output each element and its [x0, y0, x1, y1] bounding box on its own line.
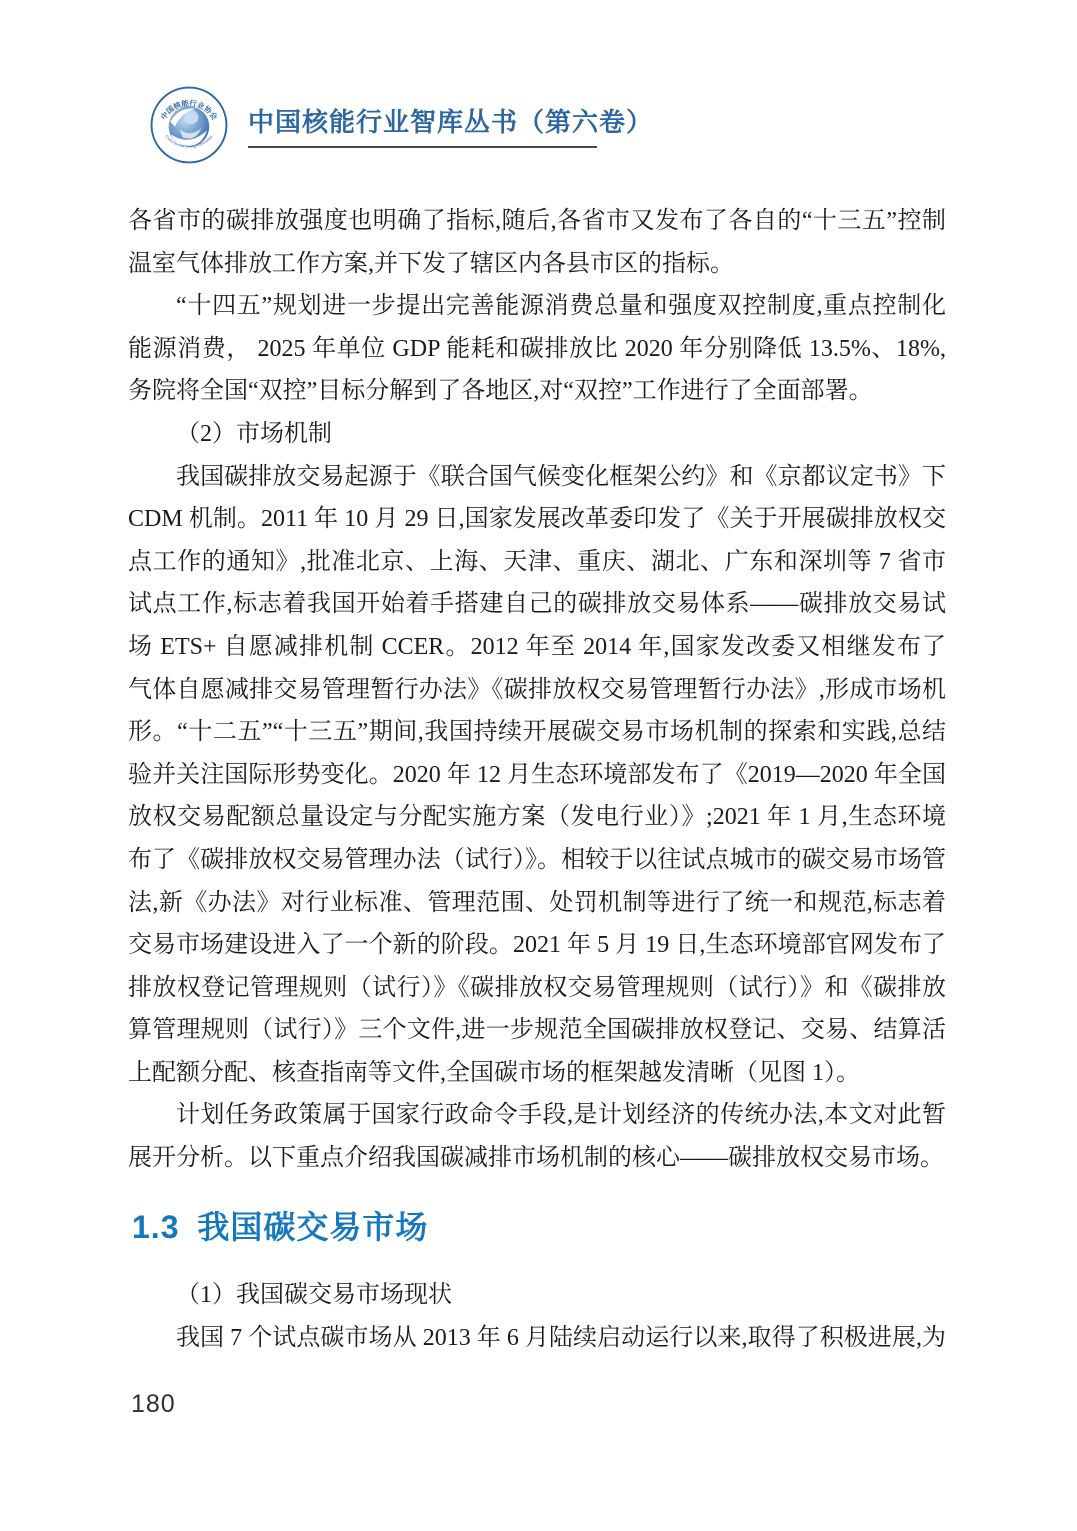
text-line: 展开分析。以下重点介绍我国碳减排市场机制的核心——碳排放权交易市场。 — [128, 1137, 946, 1180]
text-line: （2）市场机制 — [128, 413, 946, 456]
text-line: “十四五”规划进一步提出完善能源消费总量和强度双控制度,重点控制化石 — [128, 285, 946, 328]
text-line: 我国碳排放交易起源于《联合国气候变化框架公约》和《京都议定书》下的 — [128, 456, 946, 499]
body-text-block: 各省市的碳排放强度也明确了指标,随后,各省市又发布了各自的“十三五”控制 温室气… — [128, 200, 946, 1180]
association-logo-icon: 中国核能行业协会 China Nuclear Energy Associatio… — [150, 86, 228, 164]
text-line: 计划任务政策属于国家行政命令手段,是计划经济的传统办法,本文对此暂不 — [128, 1094, 946, 1137]
series-title: 中国核能行业智库丛书（第六卷） — [248, 102, 668, 139]
text-line: 排放权登记管理规则（试行）》《碳排放权交易管理规则（试行）》和《碳排放权结 — [128, 967, 946, 1010]
text-line: CDM 机制。2011 年 10 月 29 日,国家发展改革委印发了《关于开展碳… — [128, 498, 946, 541]
text-line: 布了《碳排放权交易管理办法（试行）》。相较于以往试点城市的碳交易市场管理办 — [128, 839, 946, 882]
text-line: 务院将全国“双控”目标分解到了各地区,对“双控”工作进行了全面部署。 — [128, 370, 946, 413]
text-line: 试点工作,标志着我国开始着手搭建自己的碳排放交易体系——碳排放交易试点市 — [128, 583, 946, 626]
text-line: 验并关注国际形势变化。2020 年 12 月生态环境部发布了《2019—2020… — [128, 754, 946, 797]
text-line: 交易市场建设进入了一个新的阶段。2021 年 5 月 19 日,生态环境部官网发… — [128, 924, 946, 967]
text-line: 放权交易配额总量设定与分配实施方案（发电行业）》;2021 年 1 月,生态环境… — [128, 796, 946, 839]
text-line: 上配额分配、核查指南等文件,全国碳市场的框架越发清晰（见图 1）。 — [128, 1052, 946, 1095]
text-line: 法,新《办法》对行业标准、管理范围、处罚机制等进行了统一和规范,标志着我国碳 — [128, 882, 946, 925]
text-line: 各省市的碳排放强度也明确了指标,随后,各省市又发布了各自的“十三五”控制 — [128, 200, 946, 243]
text-line: 形。“十二五”“十三五”期间,我国持续开展碳交易市场机制的探索和实践,总结经 — [128, 711, 946, 754]
text-line: 温室气体排放工作方案,并下发了辖区内各县市区的指标。 — [128, 243, 946, 286]
text-line: 点工作的通知》,批准北京、上海、天津、重庆、湖北、广东和深圳等 7 省市开展碳交… — [128, 541, 946, 584]
text-line: 气体自愿减排交易管理暂行办法》《碳排放权交易管理暂行办法》,形成市场机制雏 — [128, 669, 946, 712]
text-line: 我国 7 个试点碳市场从 2013 年 6 月陆续启动运行以来,取得了积极进展,… — [128, 1317, 946, 1360]
section-heading: 1.3 我国碳交易市场 — [132, 1202, 832, 1248]
book-page: 中国核能行业协会 China Nuclear Energy Associatio… — [0, 0, 1077, 1531]
page-number: 180 — [131, 1390, 176, 1419]
text-line: 场 ETS+ 自愿减排机制 CCER。2012 年至 2014 年,国家发改委又… — [128, 626, 946, 669]
text-line: 算管理规则（试行）》三个文件,进一步规范全国碳排放权登记、交易、结算活动,加 — [128, 1009, 946, 1052]
header-rule — [248, 146, 597, 148]
text-line: 能源消费， 2025 年单位 GDP 能耗和碳排放比 2020 年分别降低 13… — [128, 328, 946, 371]
text-line: （1）我国碳交易市场现状 — [128, 1274, 946, 1317]
subsection-text-block: （1）我国碳交易市场现状 我国 7 个试点碳市场从 2013 年 6 月陆续启动… — [128, 1274, 946, 1359]
